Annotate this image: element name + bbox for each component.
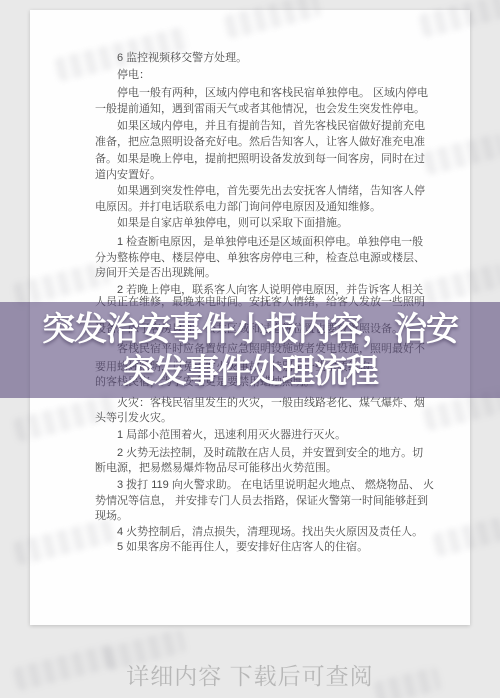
doc-line: 备。如果是晚上停电，提前把照明设备发放到每一间客房，同时在过 xyxy=(95,153,425,166)
doc-line: 分为整栋停电、楼层停电、单独客房停电三种，检查总电源或楼层、 xyxy=(95,252,425,265)
doc-line: 势情况等信息， 并安排专门人员去指路，保证火警第一时间能够赶到 xyxy=(95,495,428,508)
doc-line: 道内安置好。 xyxy=(95,169,161,182)
doc-line: 断电源，把易燃易爆炸物品尽可能移出火势范围。 xyxy=(95,462,337,475)
title-overlay-banner: 突发治安事件小报内容，治安 突发事件处理流程 xyxy=(0,302,500,398)
doc-line: 房间开关是否出现跳闸。 xyxy=(95,267,216,280)
doc-line: 3 拨打 119 向火警求助。 在电话里说明起火地点、 燃烧物品、 火 xyxy=(117,479,434,492)
doc-line: 如果区域内停电，并且有提前告知，首先客栈民宿做好提前充电 xyxy=(117,120,425,133)
download-hint-caption: 详细内容 下载后可查阅 xyxy=(0,658,500,691)
doc-line: 现场。 xyxy=(95,510,128,523)
doc-line: 如果遇到突发性停电，首先要先出去安抚客人情绪，告知客人停 xyxy=(117,185,425,198)
doc-line: 一般提前通知，遇到雷雨天气或者其他情况，也会发生突发性停电。 xyxy=(95,103,425,116)
doc-line: 准备，把应急照明设备充好电。然后告知客人，让客人做好准充电准 xyxy=(95,136,425,149)
doc-line: 火灾：客栈民宿里发生的火灾，一般由线路老化、煤气爆炸、烟 xyxy=(117,397,425,410)
doc-line: 电原因。并打电话联系电力部门询问停电原因及通知维修。 xyxy=(95,201,381,214)
doc-line: 停电一般有两种，区域内停电和客栈民宿单独停电。 区域内停电 xyxy=(117,87,428,100)
document-preview-screen: 6 监控视频移交警方处理。 停电： 停电一般有两种，区域内停电和客栈民宿单独停电… xyxy=(0,0,500,698)
doc-line: 5 如果客房不能再住人，要安排好住店客人的住宿。 xyxy=(117,541,368,554)
doc-line: 头等引发火灾。 xyxy=(95,412,172,425)
doc-line: 1 检查断电原因，是单独停电还是区域面积停电。单独停电一般 xyxy=(117,236,423,249)
doc-line: 6 监控视频移交警方处理。 xyxy=(117,52,247,65)
overlay-title-line2: 突发事件处理流程 xyxy=(122,350,378,392)
doc-line: 4 火势控制后，清点损失，清理现场。找出失火原因及责任人。 xyxy=(117,526,423,539)
overlay-title-line1: 突发治安事件小报内容，治安 xyxy=(42,308,458,350)
doc-line: 1 局部小范围着火，迅速利用灭火器进行灭火。 xyxy=(117,429,346,442)
doc-line: 如果是自家店单独停电，则可以采取下面措施。 xyxy=(117,217,348,230)
doc-line: 2 火势无法控制，及时疏散在店人员，并安置到安全的地方。切 xyxy=(117,447,423,460)
doc-line: 停电： xyxy=(117,69,150,82)
